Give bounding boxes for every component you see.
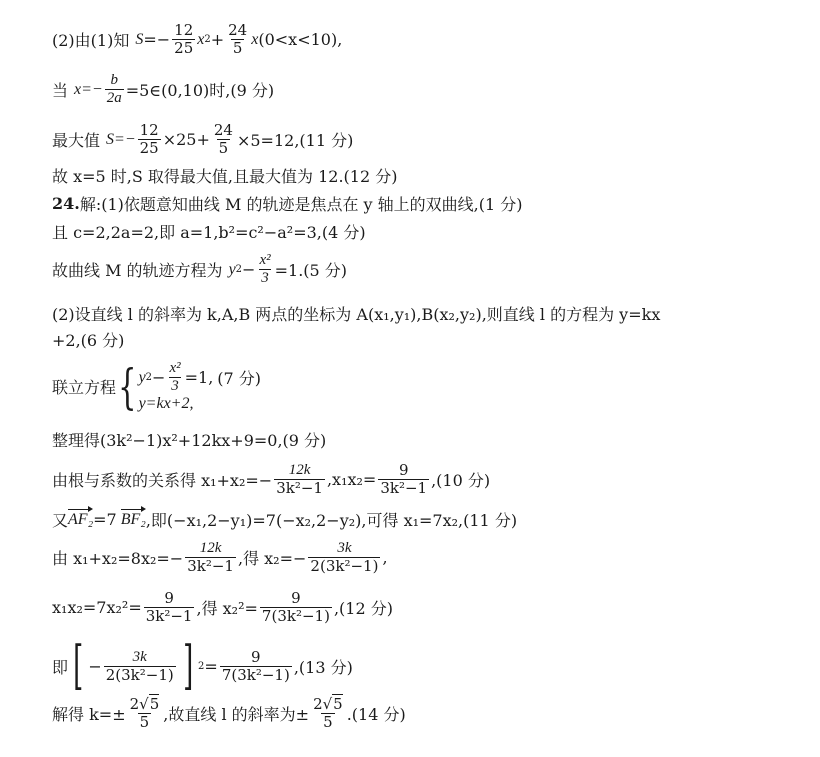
text: ,得 x₂=−	[238, 546, 306, 569]
text: ,x₁x₂=	[327, 470, 376, 489]
fraction: 12k3k²−1	[185, 540, 236, 575]
text: ×25+	[163, 130, 210, 149]
text: (2)由(1)知	[52, 28, 129, 51]
denominator: 7(3k²−1)	[220, 666, 292, 684]
var-y: y	[229, 261, 236, 279]
numerator: 3k	[335, 540, 353, 557]
var-s: S	[135, 31, 143, 49]
equation-1: y2 − x²3 =1, (7 分)	[139, 360, 261, 395]
question-number: 24.	[52, 194, 80, 213]
text: 即	[52, 655, 68, 678]
text: =	[204, 657, 217, 676]
numerator: 24	[226, 22, 249, 39]
fraction: x²3	[167, 360, 182, 395]
right-bracket-icon: ]	[183, 640, 193, 692]
q24-line2: 且 c=2,2a=2,即 a=1,b²=c²−a²=3,(4 分)	[52, 220, 366, 243]
fraction: 97(3k²−1)	[260, 590, 332, 625]
numerator: 9	[162, 590, 176, 607]
denominator: 2a	[105, 89, 124, 107]
q24-line1: 24. 解:(1)依题意知曲线 M 的轨迹是焦点在 y 轴上的双曲线,(1 分)	[52, 192, 523, 215]
fraction: 3k2(3k²−1)	[308, 540, 380, 575]
score: .(14 分)	[347, 702, 406, 725]
score: ,(10 分)	[431, 468, 490, 491]
square-line: 即 [ − 3k2(3k²−1) ] 2 = 97(3k²−1) ,(13 分)	[52, 640, 353, 692]
domain: (0<x<10),	[258, 30, 342, 49]
text: −	[242, 260, 255, 279]
fraction: 245	[226, 22, 249, 57]
vieta-line: 由根与系数的关系得 x₁+x₂=− 12k3k²−1 ,x₁x₂= 93k²−1…	[52, 462, 490, 497]
numerator: b	[108, 72, 120, 89]
denominator: 5	[231, 39, 245, 57]
fraction: 2√55	[128, 696, 162, 731]
fraction: 97(3k²−1)	[220, 649, 292, 684]
denominator: 3k²−1	[144, 607, 195, 625]
product-line: x₁x₂=7x₂²= 93k²−1 ,得 x₂²= 97(3k²−1) ,(12…	[52, 590, 393, 625]
simplify-line: 整理得(3k²−1)x²+12kx+9=0,(9 分)	[52, 428, 326, 451]
text: 当	[52, 78, 68, 101]
coefficient: 2	[313, 695, 323, 713]
text: =7	[93, 510, 117, 529]
equation-system: y2 − x²3 =1, (7 分) y=kx+2,	[139, 360, 261, 413]
numerator: 12	[172, 22, 195, 39]
denominator: 3	[169, 377, 181, 395]
text: 由 x₁+x₂=8x₂=−	[52, 546, 183, 569]
denominator: 25	[138, 139, 161, 157]
numerator: 24	[212, 122, 235, 139]
numerator: 3k	[131, 649, 149, 666]
text: −	[152, 368, 165, 387]
radicand: 5	[332, 694, 343, 713]
fraction: 12k3k²−1	[274, 462, 325, 497]
fraction: b2a	[105, 72, 124, 107]
vector-line: 又 AF₂ =7 BF₂ ,即(−x₁,2−y₁)=7(−x₂,2−y₂),可得…	[52, 508, 517, 531]
text: −	[88, 657, 101, 676]
numerator: 9	[397, 462, 411, 479]
numerator: x²	[257, 252, 272, 269]
var-x: x	[197, 31, 204, 49]
var-y: y	[139, 369, 146, 387]
numerator: 12	[138, 122, 161, 139]
sum-line: 由 x₁+x₂=8x₂=− 12k3k²−1 ,得 x₂=− 3k2(3k²−1…	[52, 540, 388, 575]
text: =−	[143, 30, 170, 49]
fraction: 3k2(3k²−1)	[104, 649, 176, 684]
denominator: 5	[217, 139, 231, 157]
text: ,得 x₂²=	[196, 596, 257, 619]
score: (7 分)	[217, 366, 261, 389]
fraction: 93k²−1	[378, 462, 429, 497]
text: =1,	[185, 368, 214, 387]
numerator: 12k	[287, 462, 313, 479]
text: 故曲线 M 的轨迹方程为	[52, 258, 223, 281]
conclusion-line: 故 x=5 时,S 取得最大值,且最大值为 12.(12 分)	[52, 164, 397, 187]
system-line: 联立方程 { y2 − x²3 =1, (7 分) y=kx+2,	[52, 360, 261, 413]
denominator: 2(3k²−1)	[308, 557, 380, 575]
text: =5∈(0,10)时,(9 分)	[126, 78, 274, 101]
text: ,	[382, 548, 387, 567]
fraction: 93k²−1	[144, 590, 195, 625]
part2-function-line: (2)由(1)知 S =− 1225 x2 + 245 x (0<x<10),	[52, 22, 342, 57]
text: 解得 k=±	[52, 702, 126, 725]
text: =1.(5 分)	[275, 258, 347, 281]
fraction: x²3	[257, 252, 272, 287]
text: 联立方程	[52, 375, 116, 398]
radicand: 5	[149, 694, 160, 713]
denominator: 3k²−1	[378, 479, 429, 497]
max-value-line: 最大值 S=− 1225 ×25+ 245 ×5=12,(11 分)	[52, 122, 353, 157]
score: ,(12 分)	[334, 596, 393, 619]
numerator: 9	[289, 590, 303, 607]
left-bracket-icon: [	[73, 640, 83, 692]
q24-part2-line1: (2)设直线 l 的斜率为 k,A,B 两点的坐标为 A(x₁,y₁),B(x₂…	[52, 302, 660, 325]
denominator: 2(3k²−1)	[104, 666, 176, 684]
text: x₁x₂=7x₂²=	[52, 598, 142, 617]
denominator: 3	[259, 269, 271, 287]
text: ,即(−x₁,2−y₁)=7(−x₂,2−y₂),可得 x₁=7x₂,(11 分…	[146, 508, 517, 531]
fraction: 245	[212, 122, 235, 157]
text: +	[211, 30, 224, 49]
text: 解:(1)依题意知曲线 M 的轨迹是焦点在 y 轴上的双曲线,(1 分)	[80, 192, 523, 215]
vector-bf2: BF₂	[121, 511, 146, 529]
solution-line: 解得 k=± 2√55 ,故直线 l 的斜率为± 2√55 .(14 分)	[52, 696, 406, 731]
brace-icon: {	[118, 363, 136, 411]
score: ,(13 分)	[294, 655, 353, 678]
text: 最大值	[52, 128, 100, 151]
var-x: x	[251, 31, 258, 49]
denominator: 7(3k²−1)	[260, 607, 332, 625]
numerator: x²	[167, 360, 182, 377]
denominator: 3k²−1	[185, 557, 236, 575]
vector-af2: AF₂	[68, 511, 93, 529]
text: x=−	[74, 81, 103, 99]
vertex-line: 当 x=− b2a =5∈(0,10)时,(9 分)	[52, 72, 274, 107]
denominator: 3k²−1	[274, 479, 325, 497]
text: 由根与系数的关系得 x₁+x₂=−	[52, 468, 272, 491]
fraction: 1225	[138, 122, 161, 157]
text: S=−	[106, 131, 136, 149]
equation-2: y=kx+2,	[139, 395, 261, 413]
q24-part2-line2: +2,(6 分)	[52, 328, 124, 351]
denominator: 5	[138, 713, 152, 731]
coefficient: 2	[130, 695, 140, 713]
denominator: 5	[321, 713, 335, 731]
numerator: 12k	[198, 540, 224, 557]
text: ,故直线 l 的斜率为±	[163, 702, 309, 725]
q24-line3: 故曲线 M 的轨迹方程为 y2 − x²3 =1.(5 分)	[52, 252, 347, 287]
denominator: 25	[172, 39, 195, 57]
text: ×5=12,(11 分)	[237, 128, 353, 151]
numerator: 9	[249, 649, 263, 666]
fraction: 1225	[172, 22, 195, 57]
fraction: 2√55	[311, 696, 345, 731]
text: 又	[52, 508, 68, 531]
